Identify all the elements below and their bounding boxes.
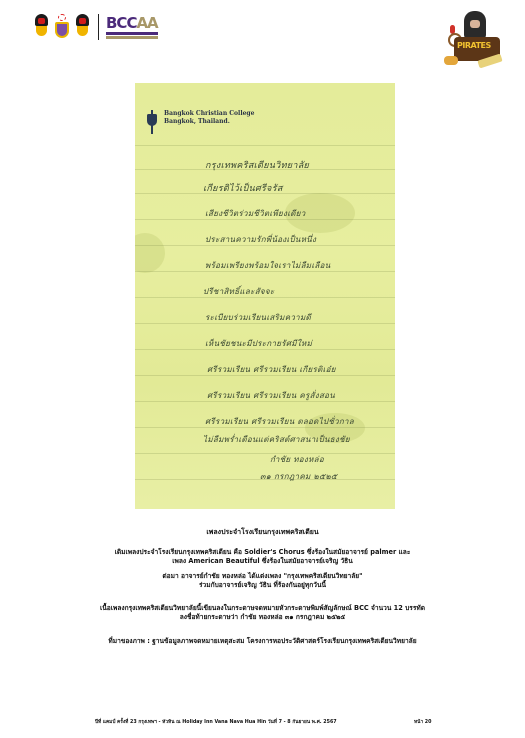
- handwritten-line: พร้อมเพรียงพร้อมใจเราไม่ลืมเลือน: [205, 259, 331, 272]
- handwritten-line: ระเบียบร่วมเรียนเสริมความดี: [205, 311, 311, 324]
- handwritten-line: กรุงเทพคริสเตียนวิทยาลัย: [205, 158, 309, 172]
- bccaa-logo: BCCAA: [106, 16, 158, 39]
- letterhead-line: Bangkok, Thailand.: [164, 118, 254, 126]
- letter-signature: กำชัย ทองหล่อ: [270, 453, 324, 466]
- handwritten-line: ไม่ลืมพร่ำเตือนแต่คริสต์ศาสนาเป็นธงชัย: [203, 433, 350, 446]
- header-logos: BCCAA: [33, 13, 158, 41]
- pirate-figure-icon: [464, 11, 486, 39]
- letter-date: ๓๑ กรกฎาคม ๒๕๒๕: [260, 470, 337, 483]
- paragraph-composer: ต่อมา อาจารย์กำชัย ทองหล่อ ได้แต่งเพลง "…: [0, 572, 525, 590]
- handwritten-line: ประสานความรักพี่น้องเป็นหนึ่ง: [205, 233, 316, 246]
- bccaa-secondary: AA: [136, 14, 157, 32]
- handwritten-line: ศรีรวมเรียน ศรีรวมเรียน ตลอดไปชั่วกาล: [205, 415, 354, 428]
- school-crest-logo: [33, 14, 50, 40]
- shield-crest-logo: [54, 14, 70, 40]
- pirates-event-logo: PIRATES: [442, 11, 510, 69]
- school-crest-logo: [74, 14, 91, 40]
- image-source: ที่มาของภาพ : ฐานข้อมูลภาพจดหมายเหตุสะสม…: [0, 637, 525, 646]
- treasure-icon: [444, 56, 458, 65]
- handwritten-line: เสียงชีวิตร่วมชีวิตเพียงเดียว: [205, 207, 306, 220]
- logo-divider: [98, 14, 99, 40]
- footer-text: ปีที่ แคมป์ ครั้งที่ 23 กรุงเทพฯ - หัวหิ…: [95, 718, 337, 726]
- handwritten-letter-photo: Bangkok Christian College Bangkok, Thail…: [135, 83, 395, 509]
- letterhead-line: Bangkok Christian College: [164, 110, 254, 118]
- paragraph-manuscript: เนื้อเพลงกรุงเทพคริสเตียนวิทยาลัยนี้เขีย…: [0, 604, 525, 622]
- handwritten-line: เห็นชัยชนะมีประกายรัศมีใหม่: [205, 337, 312, 350]
- page-number: หน้า 20: [414, 718, 431, 726]
- section-title: เพลงประจำโรงเรียนกรุงเทพคริสเตียน: [0, 528, 525, 537]
- handwritten-line: เกียรติไว้เป็นศรีจรัส: [203, 181, 283, 195]
- bccaa-primary: BCC: [106, 14, 136, 32]
- paragraph-origin: เดิมเพลงประจำโรงเรียนกรุงเทพคริสเตียน คื…: [0, 548, 525, 566]
- pirates-sign: PIRATES: [457, 42, 491, 50]
- college-crest-icon: [147, 110, 157, 134]
- letterhead: Bangkok Christian College Bangkok, Thail…: [147, 110, 254, 134]
- handwritten-line: ศรีรวมเรียน ศรีรวมเรียน ครูสั่งสอน: [207, 389, 335, 402]
- handwritten-line: ปรีชาสิทธิ์และสัจจะ: [203, 285, 274, 298]
- handwritten-line: ศรีรวมเรียน ศรีรวมเรียน เกียรติเอ๋ย: [207, 363, 336, 376]
